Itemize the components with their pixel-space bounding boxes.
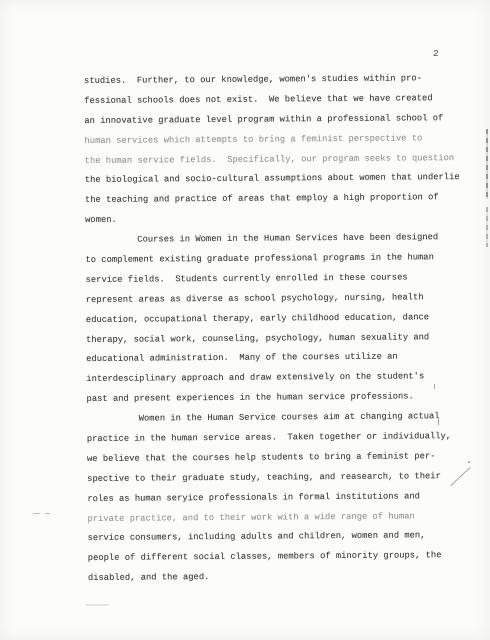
stray-tick-mark	[438, 419, 439, 425]
page-number: 2	[433, 48, 439, 59]
scan-edge-streak	[486, 207, 488, 247]
scan-edge-streak	[486, 129, 488, 199]
scan-smudge	[85, 604, 109, 606]
pencil-mark	[45, 513, 50, 514]
pencil-dot-mark	[468, 461, 470, 463]
text-line: disabled, and the aged.	[88, 570, 484, 593]
text-block: studies. Further, to our knowledge, wome…	[84, 73, 484, 593]
pencil-mark	[33, 513, 40, 514]
stray-tick-mark	[434, 384, 435, 389]
document-page: 2 studies. Further, to our knowledge, wo…	[0, 0, 490, 640]
